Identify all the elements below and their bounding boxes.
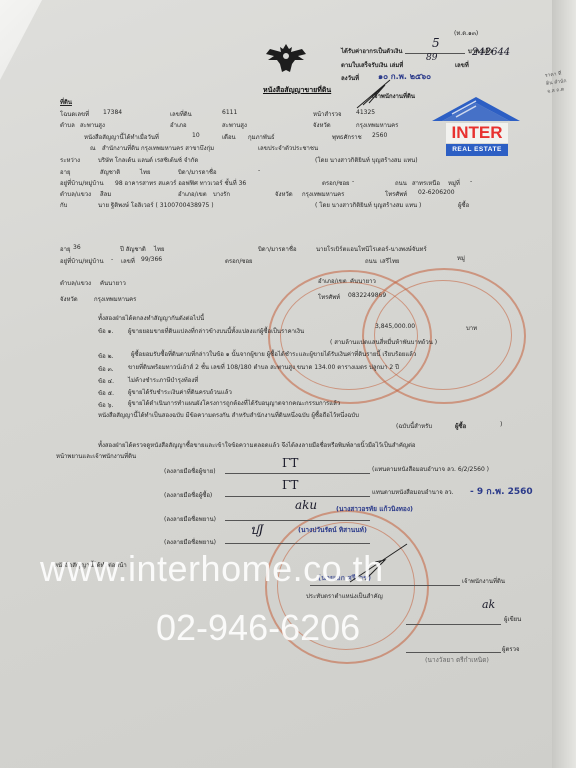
document-title: หนังสือสัญญาขายที่ดิน bbox=[263, 85, 331, 96]
seller-representative: (โดย นางสาวกิติยินท์ บุญสร้างสม แทน) bbox=[315, 155, 418, 165]
contract-month: กุมภาพันธ์ bbox=[248, 132, 275, 142]
between-label: ระหว่าง bbox=[60, 155, 80, 165]
buyer-signature-mark: ΓT bbox=[282, 478, 298, 492]
seller-road: สาทรเหนือ bbox=[412, 178, 440, 188]
receipt-book-value: 89 bbox=[426, 53, 437, 63]
seller-moo: - bbox=[470, 178, 472, 185]
seller-tambon: สีลม bbox=[100, 189, 111, 199]
copy-for-close: ) bbox=[500, 421, 502, 428]
watermark-url: www.interhome.co.th bbox=[40, 548, 384, 590]
officer-signature-icon bbox=[355, 75, 395, 110]
buyer-road-label: ถนน bbox=[365, 256, 377, 266]
seller-phone: 02-6206200 bbox=[418, 189, 455, 196]
deed-label: โฉนดเลขที่ bbox=[60, 109, 89, 119]
buyer-name: นาย ฐิติพงษ์ โอลิเวอร์ ( 3100700438975 ) bbox=[98, 200, 214, 210]
price-in-words: ( สามล้านแปดแสนสี่หมื่นห้าพันบาทถ้วน ) bbox=[330, 337, 437, 347]
clause-5-text: ผู้ขายได้รับชำระเงินค่าที่ดินครบถ้วนแล้ว bbox=[128, 387, 232, 397]
buyer-house-label: เลขที่ bbox=[121, 256, 135, 266]
clause-1-number: ข้อ ๑. bbox=[98, 326, 113, 336]
land-amphoe: สะพานสูง bbox=[222, 120, 247, 130]
witness-1-signature-mark: aku bbox=[295, 498, 317, 512]
witness-1-signature-line bbox=[225, 520, 370, 521]
seller-road-label: ถนน bbox=[395, 178, 407, 188]
id-label: เลขประจำตัวประชาชน bbox=[258, 143, 318, 153]
seller-soi: - bbox=[352, 178, 354, 185]
seller-name: บริษัท โกลเด้น แลนด์ เรสซิเด้นซ์ จำกัด bbox=[98, 155, 198, 165]
writer-label: ผู้เขียน bbox=[504, 614, 521, 624]
receipt-number-label: เลขที่ bbox=[455, 60, 469, 70]
office-name: สำนักงานที่ดิน กรุงเทพมหานคร สาขาบึงกุ่ม bbox=[102, 143, 214, 153]
buyer-tambon: คันนายาว bbox=[100, 278, 126, 288]
seller-phone-label: โทรศัพท์ bbox=[385, 189, 407, 199]
logo-tagline: REAL ESTATE bbox=[446, 144, 508, 156]
seller-signature-line bbox=[225, 473, 370, 474]
clause-4-text: ไม่ค้างชำระภาษีบำรุงท้องที่ bbox=[128, 375, 198, 385]
official-seal-stamp-right-inner bbox=[374, 280, 512, 390]
garuda-emblem-icon bbox=[262, 40, 310, 76]
witness-2-name-stamp: (นางปวันรัตน์ ทิสานนท์) bbox=[298, 525, 367, 535]
receipt-number-value: 242644 bbox=[472, 47, 510, 58]
clause-2-text: ผู้ซื้อยอมรับซื้อที่ดินตามที่กล่าวในข้อ … bbox=[131, 349, 416, 359]
buyer-tambon-label: ตำบล/แขวง bbox=[60, 278, 91, 288]
buyer-province-label: จังหวัด bbox=[60, 294, 78, 304]
copy-for-label: (ฉบับนี้สำหรับ bbox=[396, 421, 432, 431]
seller-nationality: ไทย bbox=[140, 167, 151, 177]
seller-tambon-label: ตำบล/แขวง bbox=[60, 189, 91, 199]
buyer-house-number: 99/366 bbox=[141, 256, 162, 263]
clause-5-number: ข้อ ๕. bbox=[98, 388, 114, 398]
buyer-poa-note: แทนตามหนังสือมอบอำนาจ ลว. bbox=[372, 487, 454, 497]
seller-moo-label: หมู่ที่ bbox=[448, 178, 460, 188]
buyer-parents-label: บิดา/มารดาชื่อ bbox=[258, 244, 297, 254]
buyer-village-label: อยู่ที่บ้าน/หมู่บ้าน bbox=[60, 256, 104, 266]
buyer-role: ผู้ซื้อ bbox=[458, 200, 469, 210]
clause-2-number: ข้อ ๒. bbox=[98, 351, 113, 361]
clause-4-number: ข้อ ๔. bbox=[98, 376, 114, 386]
survey-number: 41325 bbox=[356, 109, 375, 116]
seller-province-label: จังหวัด bbox=[275, 189, 293, 199]
buyer-poa-date-stamp: - 9 ก.พ. 2560 bbox=[470, 484, 533, 498]
witness-1-signature-label: (ลงลายมือชื่อพยาน) bbox=[164, 514, 216, 524]
witness-1-name-stamp: (นางสาวอรทัย แก้วนิงทอง) bbox=[336, 504, 413, 514]
seller-nationality-label: สัญชาติ bbox=[100, 167, 120, 177]
buyer-signature-line bbox=[225, 496, 370, 497]
checker-label: ผู้ตรวจ bbox=[502, 644, 520, 654]
seller-address-label: อยู่ที่บ้าน/หมู่บ้าน bbox=[60, 178, 104, 188]
contract-day: 10 bbox=[192, 132, 200, 139]
writer-signature-mark: ak bbox=[482, 598, 495, 611]
with-label: กับ bbox=[60, 200, 67, 210]
buyer-soi-label: ตรอก/ซอย bbox=[225, 256, 253, 266]
copies-text: หนังสือสัญญานี้ได้ทำเป็นสองฉบับ มีข้อควา… bbox=[98, 410, 359, 420]
seller-address: 98 อาคารสาทร สแควร์ ออฟฟิศ ทาวเวอร์ ชั้น… bbox=[115, 178, 246, 188]
buyer-road: เสรีไทย bbox=[380, 256, 399, 266]
checker-name: (นางวัลยา ตรีกำเหนิด) bbox=[425, 655, 489, 665]
sale-currency: บาท bbox=[466, 323, 477, 333]
receipt-book-label: ตามใบเสร็จรับเงิน เล่มที่ bbox=[341, 60, 403, 70]
contract-date-label: หนังสือสัญญานี้ได้ทำเมื่อวันที่ bbox=[84, 132, 159, 142]
survey-label: หน้าสำรวจ bbox=[313, 109, 342, 119]
parcel-label: เลขที่ดิน bbox=[170, 109, 192, 119]
seller-province: กรุงเทพมหานคร bbox=[302, 189, 344, 199]
writer-line bbox=[406, 624, 501, 625]
clause-6-text: ผู้ขายได้ดำเนินการทำแผนผังโครงการถูกต้อง… bbox=[128, 398, 340, 408]
parcel-number: 6111 bbox=[222, 109, 237, 116]
buyer-nationality-label: ปี สัญชาติ bbox=[120, 244, 146, 254]
clause-6-number: ข้อ ๖. bbox=[98, 400, 113, 410]
buyer-age: 36 bbox=[73, 244, 81, 251]
land-province-label: จังหวัด bbox=[313, 120, 331, 130]
deed-number: 17384 bbox=[103, 109, 122, 116]
buyer-moo-label: หมู่ bbox=[457, 253, 465, 263]
office-prefix: ณ bbox=[90, 143, 96, 153]
witness-2-signature-label: (ลงลายมือชื่อพยาน) bbox=[164, 537, 216, 547]
confirm-text: ทั้งสองฝ่ายได้ตรวจดูหนังสือสัญญาซื้อขายแ… bbox=[98, 440, 416, 450]
seller-age-label: อายุ bbox=[60, 167, 71, 177]
land-province: กรุงเทพมหานคร bbox=[356, 120, 398, 130]
seal-label: ประทับตราตำแหน่งเป็นสำคัญ bbox=[306, 591, 383, 601]
seller-amphoe-label: อำเภอ/เขต bbox=[178, 189, 207, 199]
clause-3-number: ข้อ ๓. bbox=[98, 364, 114, 374]
sale-price: 3,845,000.00 bbox=[375, 323, 415, 330]
confirm-text-continued: หน้าพยานและเจ้าพนักงานที่ดิน bbox=[56, 451, 136, 461]
buyer-age-label: อายุ bbox=[60, 244, 71, 254]
seller-amphoe: บางรัก bbox=[213, 189, 230, 199]
seller-signature-label: (ลงลายมือชื่อผู้ขาย) bbox=[164, 466, 216, 476]
seller-signature-mark: ΓT bbox=[282, 456, 298, 470]
tax-paid-value: 5 bbox=[432, 36, 440, 50]
clause-3-text: ขายที่ดินพร้อมทาวน์เฮ้าส์ 2 ชั้น เลขที่ … bbox=[128, 362, 399, 372]
clause-1-text: ผู้ขายยอมขายที่ดินแปลงที่กล่าวข้างบนนี้ท… bbox=[128, 326, 304, 336]
buyer-representative: ( โดย นางสาวกิติยินท์ บุญสร้างสม แทน ) bbox=[315, 200, 421, 210]
terms-intro: ทั้งสองฝ่ายได้ตกลงทำสัญญากันดังต่อไปนี้ bbox=[98, 313, 204, 323]
tax-paid-label: ได้รับค่าอากรเป็นตัวเงิน bbox=[341, 46, 402, 56]
land-tambon-label: ตำบล bbox=[60, 120, 75, 130]
buyer-parents: นายโรเบิร์ตแอนโทนีโรเดอร์-นางพงษ์จันทร์ bbox=[316, 244, 427, 254]
land-tambon: สะพานสูง bbox=[80, 120, 105, 130]
inter-real-estate-logo: INTER REAL ESTATE bbox=[432, 97, 520, 159]
seller-soi-label: ตรอก/ซอย bbox=[322, 178, 350, 188]
watermark-phone: 02-946-6206 bbox=[156, 607, 360, 649]
buyer-village: - bbox=[111, 256, 113, 263]
form-code: (ท.ด.๑๓) bbox=[454, 28, 478, 38]
seller-parents: - bbox=[258, 167, 260, 174]
contract-year-label: พุทธศักราช bbox=[332, 132, 362, 142]
land-section-label: ที่ดิน bbox=[60, 97, 72, 107]
copy-for-value: ผู้ซื้อ bbox=[455, 421, 466, 431]
seller-parents-label: บิดา/มารดาชื่อ bbox=[178, 167, 217, 177]
buyer-signature-label: (ลงลายมือชื่อผู้ซื้อ) bbox=[164, 490, 212, 500]
witness-2-signature-mark: ปJ bbox=[250, 519, 263, 540]
contract-year: 2560 bbox=[372, 132, 387, 139]
logo-brand-text: INTER bbox=[446, 123, 508, 143]
land-officer-label: เจ้าพนักงานที่ดิน bbox=[462, 576, 505, 586]
contract-month-label: เดือน bbox=[222, 132, 236, 142]
buyer-province: กรุงเทพมหานคร bbox=[94, 294, 136, 304]
land-amphoe-label: อำเภอ bbox=[170, 120, 187, 130]
checker-line bbox=[406, 652, 501, 653]
buyer-nationality: ไทย bbox=[154, 244, 165, 254]
seller-poa-note: (แทนตามหนังสือมอบอำนาจ ลว. 6/2/2560 ) bbox=[372, 464, 489, 474]
house-roof-icon bbox=[432, 97, 520, 123]
